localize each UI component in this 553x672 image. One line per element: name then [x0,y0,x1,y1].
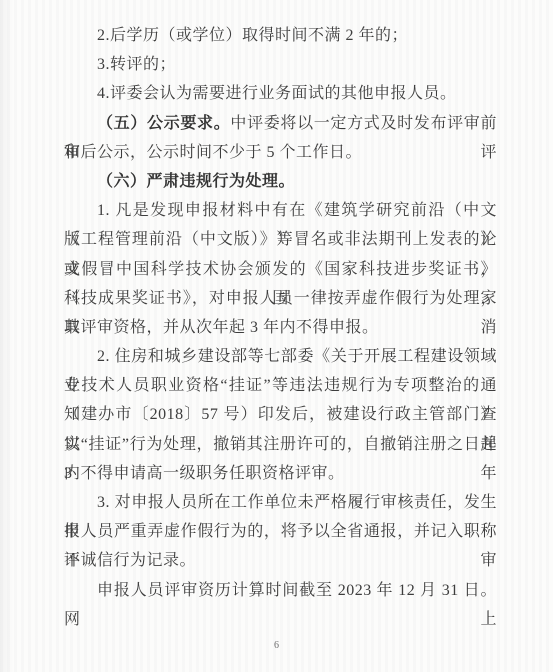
text-line: 4.评委会认为需要进行业务面试的其他申报人员。 [64,79,497,108]
text-line: 3.转评的； [64,50,497,79]
document-page: 2.后学历（或学位）取得时间不满 2 年的；3.转评的；4.评委会认为需要进行业… [0,0,553,672]
section-heading-text: （六）严肃违规行为处理。 [97,173,295,190]
body-text: 其评审资格，并从次年起 3 年内不得申报。 [64,319,379,336]
body-text: 不诚信行为记录。 [64,552,196,569]
text-line: 报人员严重弄虚作假行为的，将予以全省通报，并记入职称评审 [64,517,497,546]
text-line: （五）公示要求。中评委将以一定方式及时发布评审前和评 [64,109,497,138]
body-text: 3.转评的； [97,56,176,73]
body-text: 申报人员评审资历计算时间截至 2023 年 12 月 31 日。网上 [64,582,497,628]
body-text: 审后公示，公示时间不少于 5 个工作日。 [64,144,362,161]
body-text: 2.后学历（或学位）取得时间不满 2 年的； [97,27,408,44]
text-line: 《工程管理前沿（中文版）》等冒名或非法期刊上发表的论文， [64,225,497,254]
text-line: （六）严肃违规行为处理。 [64,167,497,196]
text-line: 科技成果奖证书》，对申报人员一律按弄虚作假行为处理，取消 [64,284,497,313]
section-heading-text: （五）公示要求。 [97,115,230,132]
text-line: 1. 凡是发现申报材料中有在《建筑学研究前沿（中文版）》 [64,196,497,225]
document-body: 2.后学历（或学位）取得时间不满 2 年的；3.转评的；4.评委会认为需要进行业… [64,21,497,605]
text-line: 3. 对申报人员所在工作单位未严格履行审核责任，发生申 [64,488,497,517]
text-line: 业技术人员职业资格“挂证”等违法违规行为专项整治的通知》 [64,371,497,400]
body-text: 4.评委会认为需要进行业务面试的其他申报人员。 [97,85,457,102]
text-line: 以“挂证”行为处理，撤销其注册许可的，自撤销注册之日起 3 年 [64,430,497,459]
text-line: 申报人员评审资历计算时间截至 2023 年 12 月 31 日。网上 [64,576,497,605]
text-line: （建办市〔2018〕57 号）印发后，被建设行政主管部门查实并 [64,400,497,429]
body-text: 内不得申请高一级职务任职资格评审。 [64,465,345,482]
text-line: 2.后学历（或学位）取得时间不满 2 年的； [64,21,497,50]
text-line: 或假冒中国科学技术协会颁发的《国家科技进步奖证书》《国家 [64,255,497,284]
page-number: 6 [274,640,279,652]
text-line: 2. 住房和城乡建设部等七部委《关于开展工程建设领域专 [64,342,497,371]
